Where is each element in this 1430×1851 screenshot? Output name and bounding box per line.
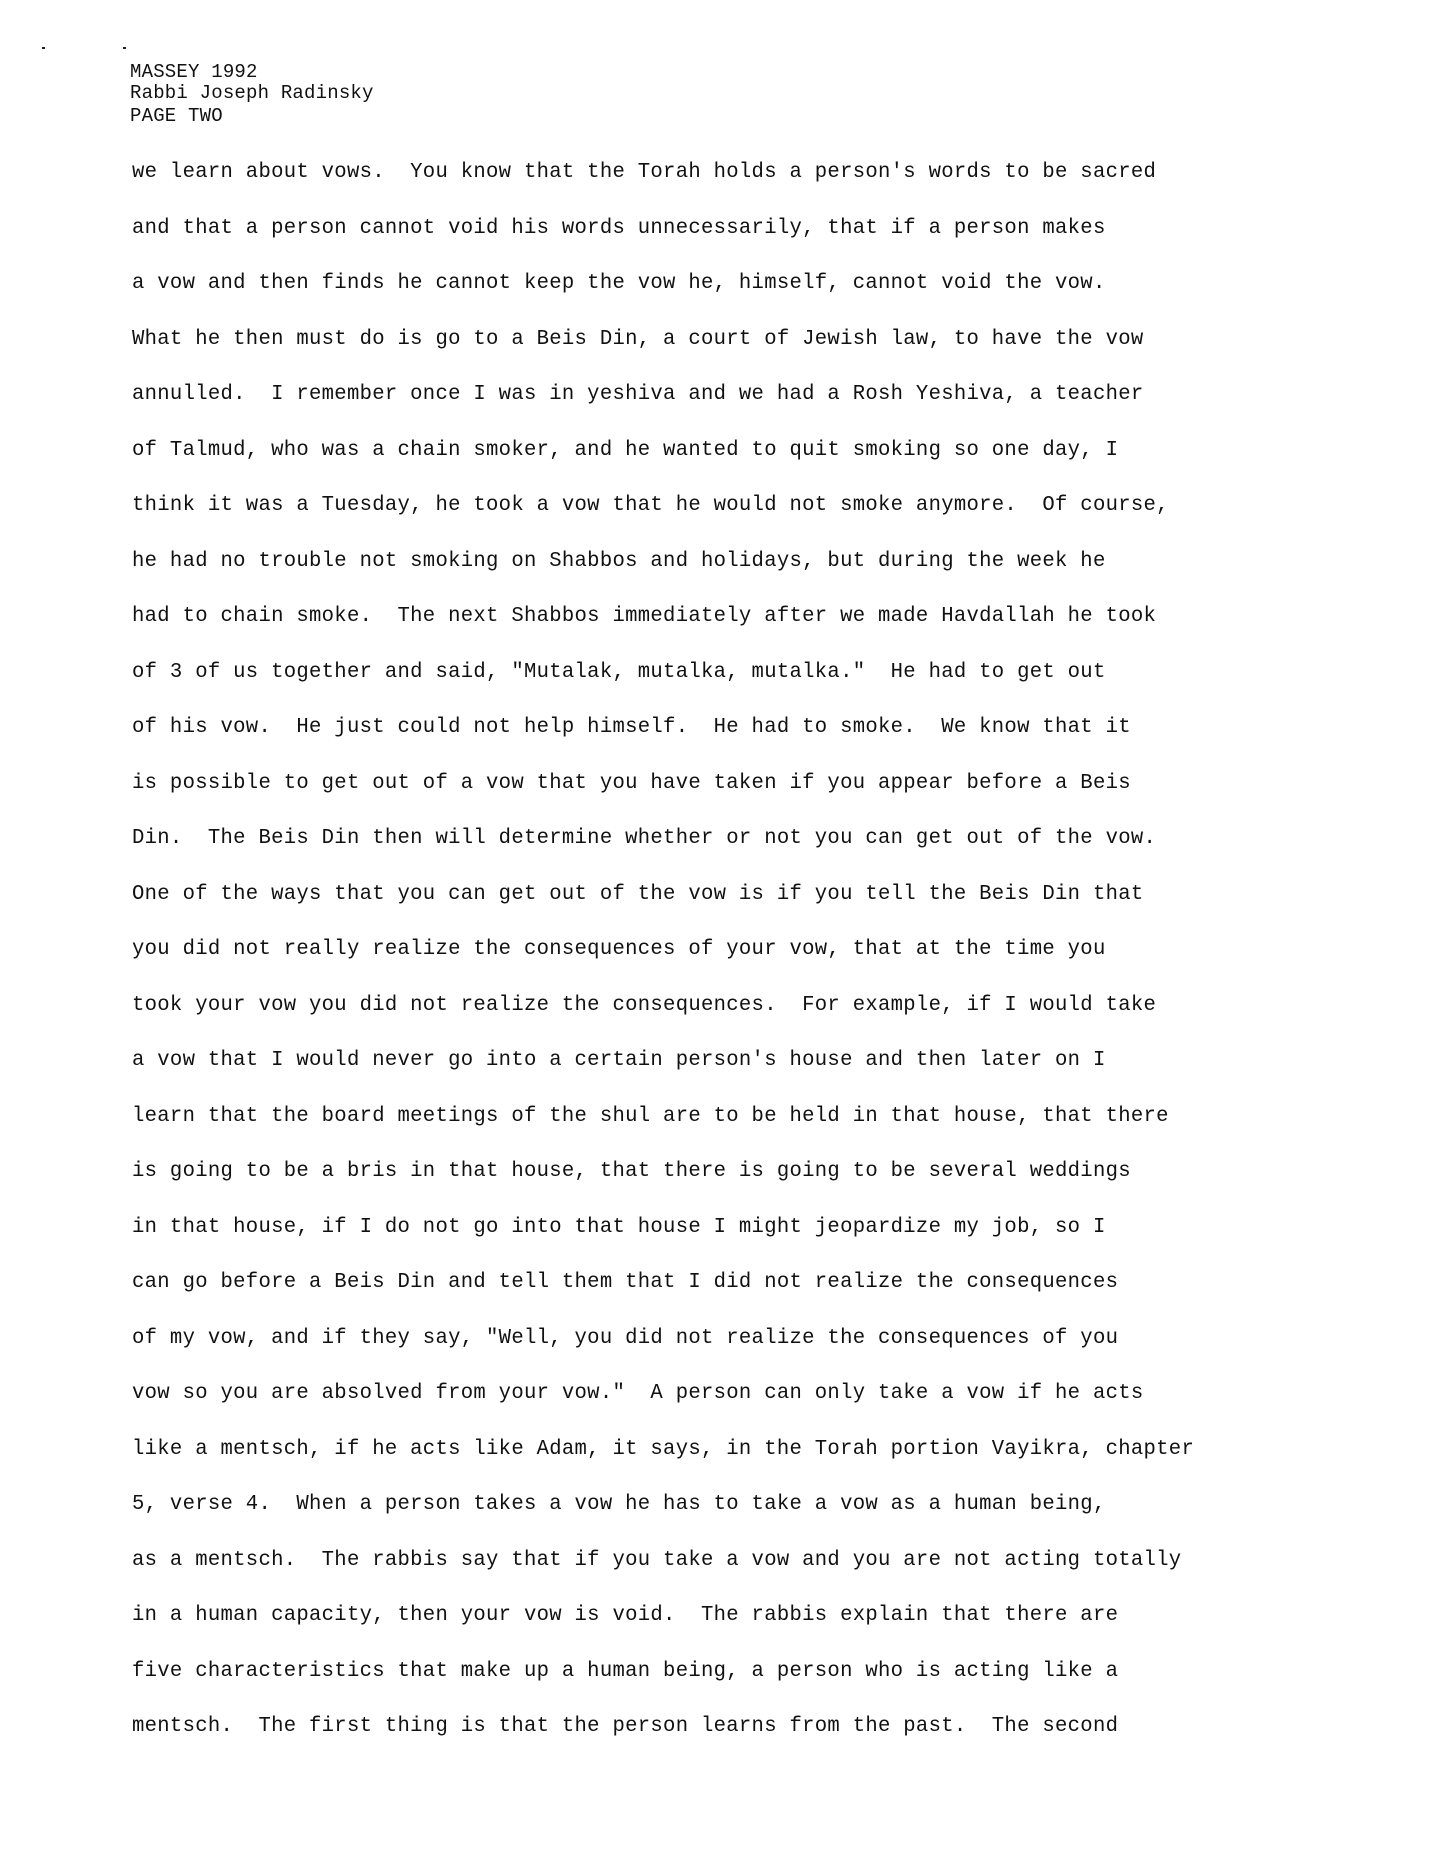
text-line: in that house, if I do not go into that … xyxy=(132,1213,1230,1269)
text-line: can go before a Beis Din and tell them t… xyxy=(132,1268,1230,1324)
document-header: MASSEY 1992 Rabbi Joseph Radinsky PAGE T… xyxy=(130,62,374,127)
text-line: took your vow you did not realize the co… xyxy=(132,991,1230,1047)
text-line: is possible to get out of a vow that you… xyxy=(132,769,1230,825)
text-line: as a mentsch. The rabbis say that if you… xyxy=(132,1546,1230,1602)
text-line: think it was a Tuesday, he took a vow th… xyxy=(132,491,1230,547)
text-line: One of the ways that you can get out of … xyxy=(132,880,1230,936)
text-line: a vow and then finds he cannot keep the … xyxy=(132,269,1230,325)
text-line: had to chain smoke. The next Shabbos imm… xyxy=(132,602,1230,658)
text-line: annulled. I remember once I was in yeshi… xyxy=(132,380,1230,436)
scan-speck xyxy=(42,47,45,49)
text-line: mentsch. The first thing is that the per… xyxy=(132,1712,1230,1768)
text-line: a vow that I would never go into a certa… xyxy=(132,1046,1230,1102)
text-line: of 3 of us together and said, "Mutalak, … xyxy=(132,658,1230,714)
text-line: and that a person cannot void his words … xyxy=(132,214,1230,270)
text-line: What he then must do is go to a Beis Din… xyxy=(132,325,1230,381)
text-line: 5, verse 4. When a person takes a vow he… xyxy=(132,1490,1230,1546)
text-line: like a mentsch, if he acts like Adam, it… xyxy=(132,1435,1230,1491)
transcript-body: we learn about vows. You know that the T… xyxy=(132,158,1252,1768)
text-line: learn that the board meetings of the shu… xyxy=(132,1102,1230,1158)
document-title: MASSEY 1992 xyxy=(130,62,374,83)
text-line: five characteristics that make up a huma… xyxy=(132,1657,1230,1713)
text-line: is going to be a bris in that house, tha… xyxy=(132,1157,1230,1213)
text-line: you did not really realize the consequen… xyxy=(132,935,1230,991)
text-line: Din. The Beis Din then will determine wh… xyxy=(132,824,1230,880)
text-line: of his vow. He just could not help himse… xyxy=(132,713,1230,769)
text-line: in a human capacity, then your vow is vo… xyxy=(132,1601,1230,1657)
text-line: of my vow, and if they say, "Well, you d… xyxy=(132,1324,1230,1380)
page-label: PAGE TWO xyxy=(130,106,374,127)
text-line: of Talmud, who was a chain smoker, and h… xyxy=(132,436,1230,492)
document-author: Rabbi Joseph Radinsky xyxy=(130,83,374,104)
text-line: vow so you are absolved from your vow." … xyxy=(132,1379,1230,1435)
scan-speck xyxy=(123,47,126,49)
text-line: we learn about vows. You know that the T… xyxy=(132,158,1230,214)
text-line: he had no trouble not smoking on Shabbos… xyxy=(132,547,1230,603)
